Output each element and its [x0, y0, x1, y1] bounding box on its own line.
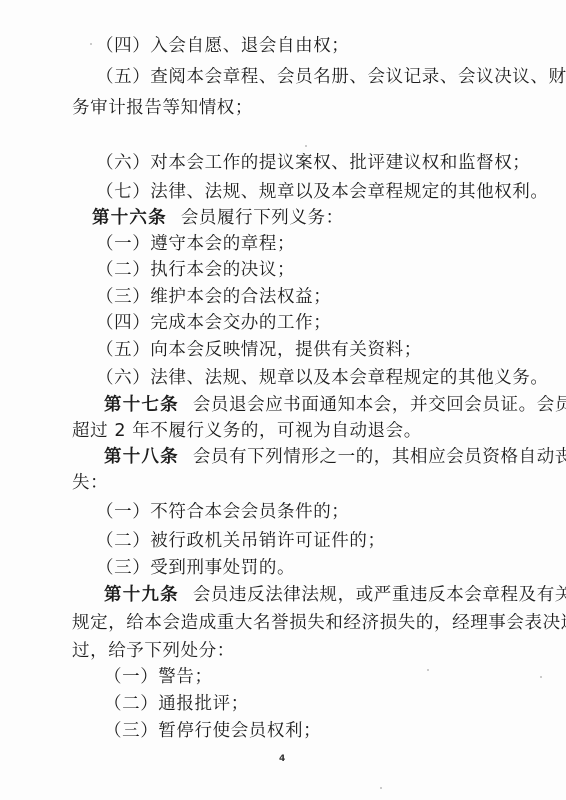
article-17: 第十七条会员退会应书面通知本会，并交回会员证。会员 [104, 395, 566, 415]
duty-item-3: （三）维护本会的合法权益； [96, 287, 331, 307]
duty-item-4: （四）完成本会交办的工作； [96, 313, 331, 333]
right-item-5: （五）查阅本会章程、会员名册、会议记录、会议决议、财 [96, 67, 566, 87]
article-18: 第十八条会员有下列情形之一的，其相应会员资格自动丧 [104, 447, 566, 467]
penalty-item-2: （二）通报批评； [104, 694, 249, 714]
duty-item-2: （二）执行本会的决议； [96, 260, 295, 280]
article-19-continued-1: 规定，给本会造成重大名誉损失和经济损失的，经理事会表决通 [72, 613, 566, 633]
duty-item-1: （一）遵守本会的章程； [96, 234, 295, 254]
article-19: 第十九条会员违反法律法规，或严重违反本会章程及有关 [104, 585, 566, 605]
scan-speck [380, 787, 382, 789]
loss-item-1: （一）不符合本会会员条件的； [96, 502, 349, 522]
scan-speck [540, 676, 542, 678]
document-page: （四）入会自愿、退会自由权； （五）查阅本会章程、会员名册、会议记录、会议决议、… [0, 0, 566, 800]
article-16-text: 会员履行下列义务： [181, 208, 344, 228]
article-17-text: 会员退会应书面通知本会，并交回会员证。会员 [193, 395, 566, 415]
right-item-6: （六）对本会工作的提议案权、批评建议权和监督权； [96, 153, 530, 173]
article-19-text: 会员违反法律法规，或严重违反本会章程及有关 [193, 585, 566, 605]
right-item-7: （七）法律、法规、规章以及本会章程规定的其他权利。 [96, 182, 549, 202]
loss-item-3: （三）受到刑事处罚的。 [96, 558, 295, 578]
penalty-item-3: （三）暂停行使会员权利； [104, 721, 321, 741]
scan-speck [90, 43, 92, 45]
scan-speck [305, 145, 307, 147]
page-number: 4 [279, 754, 285, 764]
right-item-4: （四）入会自愿、退会自由权； [96, 36, 349, 56]
article-18-heading: 第十八条 [104, 447, 179, 467]
right-item-5-continued: 务审计报告等知情权； [72, 98, 253, 118]
article-18-text: 会员有下列情形之一的，其相应会员资格自动丧 [193, 447, 566, 467]
article-16-heading: 第十六条 [92, 208, 167, 228]
article-18-continued: 失： [72, 473, 108, 493]
scan-speck [427, 669, 429, 671]
article-19-heading: 第十九条 [104, 585, 179, 605]
penalty-item-1: （一）警告； [104, 667, 213, 687]
article-17-heading: 第十七条 [104, 395, 179, 415]
article-19-continued-2: 过，给予下列处分： [72, 641, 235, 661]
duty-item-6: （六）法律、法规、规章以及本会章程规定的其他义务。 [96, 368, 549, 388]
article-17-continued: 超过 2 年不履行义务的，可视为自动退会。 [72, 421, 422, 441]
article-16: 第十六条会员履行下列义务： [92, 208, 344, 228]
loss-item-2: （二）被行政机关吊销许可证件的； [96, 531, 386, 551]
duty-item-5: （五）向本会反映情况，提供有关资料； [96, 340, 422, 360]
